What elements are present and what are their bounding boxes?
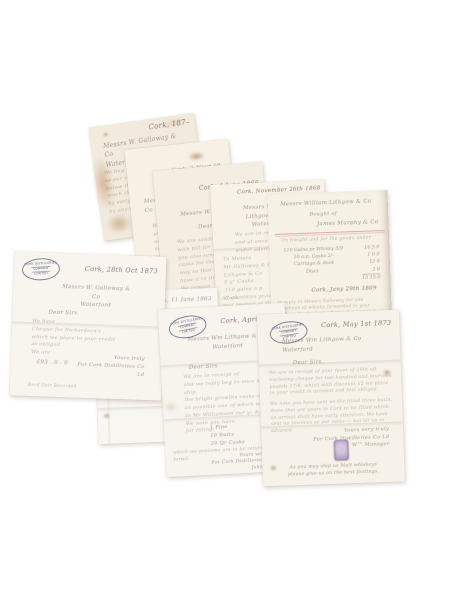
letter-postscript: As you may ship us Malt whiskeys please … (278, 462, 388, 480)
photo-of-letters: Cork, 187– Messrs W. Galloway & Co Water… (0, 0, 450, 600)
letter-salutation: Dear Sirs (48, 309, 77, 319)
letter-salutation: Dear Sirs (189, 362, 218, 372)
letter-salutation: Dear Sirs, (293, 358, 324, 368)
stain (163, 400, 180, 413)
stain (268, 464, 278, 472)
revenue-stamp (333, 439, 349, 461)
letter-date-heading: Cork, 28th Oct 1873 (68, 263, 158, 276)
invoice-date: Cork, Jany 29th 1869 (297, 284, 377, 295)
letter-addressee: Messrs Wm Lithgow & Co Waterford (187, 332, 268, 353)
stamp-text: LIMITED (34, 272, 48, 276)
invoice-seller: James Murphy & Co (298, 218, 378, 229)
stain (185, 149, 208, 163)
letter-closing: Yours truly For Cork Distilleries Co Ld (74, 354, 145, 380)
letter-paragraph-1: We are in receipt of your favor of 29th … (269, 367, 394, 398)
letter-amount: £93 . 0 . 0 (37, 358, 69, 368)
letter-date-heading: Cork, May 1st 1873 (311, 318, 391, 331)
letter-sheet-6: CORK DISTILLERIES COMPANY LIMITED Cork, … (10, 251, 167, 400)
letter-docket-note: Recd Octr Recorded (28, 382, 138, 392)
stain (101, 131, 110, 138)
letter-addressee: Messrs W. Galloway & Co Waterford (61, 283, 132, 311)
invoice-items: 110 Galns pr Whisky 5/914 5 0 10 o.p. Ca… (283, 244, 380, 284)
cork-distilleries-oval-stamp: CORK DISTILLERIES COMPANY LIMITED (21, 257, 60, 281)
letter-sheet-9: CORK DISTILLERIES COMPANY LIMITED Cork, … (257, 310, 405, 487)
invoice-bought-of: Bought of (298, 210, 348, 219)
invoice-addressee: Messrs William Lithgow & Co (276, 197, 376, 209)
letter-addressee: Messrs Wm Lithgow & Co Waterford (282, 335, 373, 355)
